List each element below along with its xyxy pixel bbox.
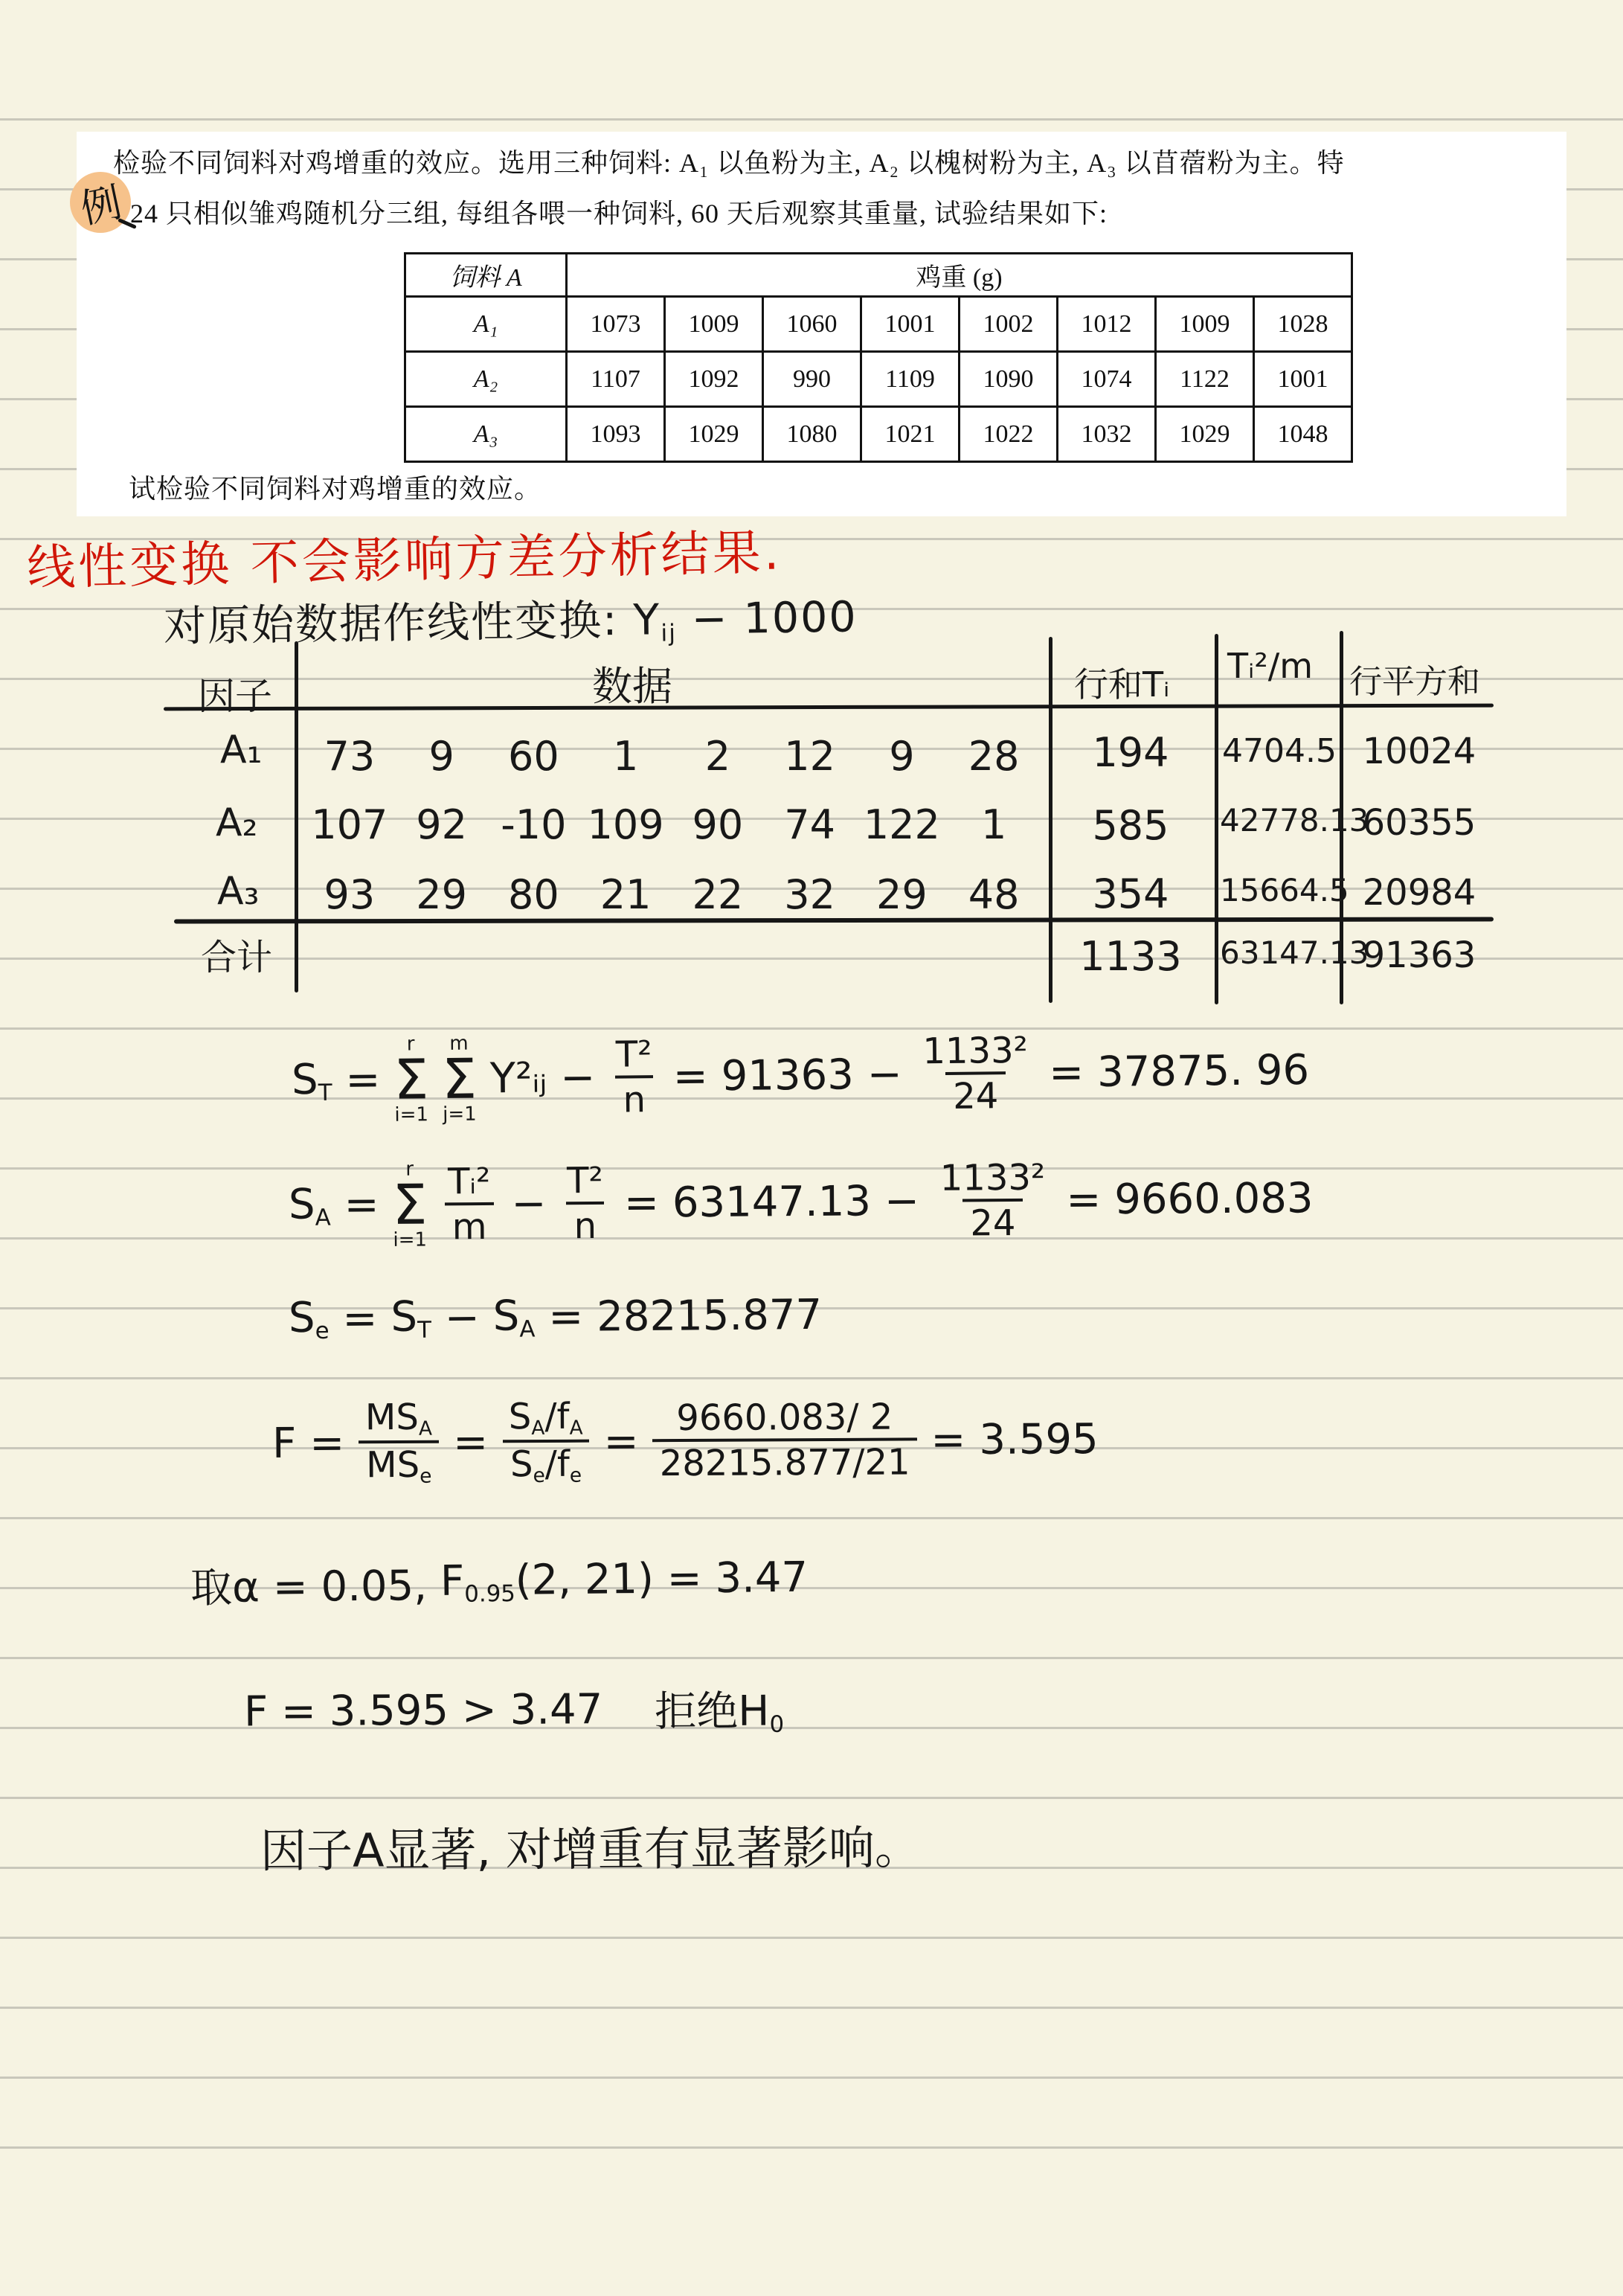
anova-header-data: 数据 — [592, 655, 672, 712]
sum-of-squares-value: 91363 — [721, 1051, 854, 1101]
anova-ti2m-a2: 42778.13 — [1220, 802, 1339, 838]
cell: 1009 — [1156, 297, 1254, 352]
anova-header-ti2m: Tᵢ²/m — [1227, 646, 1313, 686]
f-critical: F0.95(2, 21) = 3.47 — [440, 1553, 809, 1608]
cell: 1009 — [665, 297, 763, 352]
anova-data-row-a3: 93 29 80 21 22 32 29 48 — [303, 865, 1040, 924]
cell: 1092 — [665, 352, 763, 407]
anova-factor-a1: A₁ — [220, 728, 262, 772]
y-squared-term: Y²ᵢⱼ — [489, 1054, 547, 1103]
value: 90 — [672, 801, 764, 848]
value: 1 — [948, 801, 1040, 848]
transform-suffix: − 1000 — [691, 592, 858, 644]
value: 107 — [303, 801, 396, 848]
example-badge: 例 — [70, 172, 131, 233]
anova-rowsum-total: 1133 — [1056, 933, 1205, 980]
value: 1 — [579, 733, 672, 780]
st-symbol: ST — [391, 1292, 431, 1344]
table-header-row: 饲料 A 鸡重 (g) — [405, 254, 1352, 297]
value: 9 — [396, 733, 488, 780]
cell: 1029 — [665, 407, 763, 462]
se-symbol: Se — [289, 1294, 330, 1345]
cell: 1107 — [567, 352, 665, 407]
table-row-a2: A₂ 1107 1092 990 1109 1090 1074 1122 100… — [405, 352, 1352, 407]
sa-symbol: SA — [492, 1292, 535, 1343]
comparison: F = 3.595 > 3.47 — [244, 1685, 603, 1736]
equals: = — [672, 1053, 708, 1101]
anova-rowsq-a1: 10024 — [1343, 731, 1495, 772]
value: 122 — [856, 801, 948, 848]
anova-rowsq-a3: 20984 — [1343, 872, 1495, 914]
value: 29 — [856, 871, 948, 918]
anova-ti2m-a3: 15664.5 — [1220, 872, 1339, 908]
numeric-fraction: 9660.083/ 228215.877/21 — [652, 1396, 917, 1484]
value: 28 — [948, 733, 1040, 780]
anova-rowsum-a2: 585 — [1056, 802, 1205, 849]
t2-over-n: T²n — [559, 1160, 611, 1247]
anova-data-row-a1: 73 9 60 1 2 12 9 28 — [303, 726, 1040, 786]
cell: 1048 — [1254, 407, 1352, 462]
value: 22 — [672, 871, 764, 918]
se-result: 28215.877 — [597, 1290, 822, 1341]
anova-rowsum-a3: 354 — [1056, 870, 1205, 917]
value: 73 — [303, 733, 396, 780]
minus: − — [867, 1051, 902, 1099]
equals: = — [453, 1418, 488, 1466]
conclusion-line: 因子A显著, 对增重有显著影响。 — [260, 1811, 921, 1881]
sigma-j: mΣj=1 — [441, 1035, 477, 1124]
t2-over-24: 1133²24 — [933, 1157, 1053, 1244]
msa-over-mse: MSA MSe — [358, 1397, 440, 1489]
value: 2 — [672, 733, 764, 780]
anova-ti2m-total: 63147.13 — [1220, 934, 1339, 971]
minus: − — [511, 1180, 546, 1228]
ti2-over-m: Tᵢ²m — [440, 1161, 498, 1248]
cell: 1093 — [567, 407, 665, 462]
anova-vline-rowsum — [1049, 637, 1052, 1003]
anova-factor-a3: A₃ — [217, 869, 259, 914]
sa-result: 9660.083 — [1114, 1175, 1314, 1225]
value: 93 — [303, 871, 396, 918]
decision-line: F = 3.595 > 3.47 拒绝H0 — [244, 1678, 785, 1741]
value: 48 — [948, 871, 1040, 918]
minus: − — [560, 1054, 596, 1102]
table-corner-header: 饲料 A — [405, 254, 567, 297]
t2-over-24: 1133²24 — [915, 1030, 1036, 1117]
anova-header-factor: 因子 — [198, 667, 272, 720]
value: 9 — [856, 733, 948, 780]
transform-note: 对原始数据作线性变换: Yij − 1000 — [163, 583, 858, 653]
row-label: A₃ — [405, 407, 567, 462]
equals: = — [309, 1419, 344, 1467]
anova-vline-factor — [295, 641, 298, 993]
anova-header-rowsum: 行和Tᵢ — [1074, 658, 1169, 707]
f-result: 3.595 — [979, 1415, 1099, 1464]
cell: 1029 — [1156, 407, 1254, 462]
table-row-a1: A₁ 1073 1009 1060 1001 1002 1012 1009 10… — [405, 297, 1352, 352]
anova-header-rowsq: 行平方和 — [1349, 655, 1480, 702]
problem-statement-block: 检验不同饲料对鸡增重的效应。选用三种饲料: A₁ 以鱼粉为主, A₂ 以槐树粉为… — [77, 132, 1566, 516]
cell: 1028 — [1254, 297, 1352, 352]
y-subscript: ij — [661, 620, 677, 647]
anova-total-label: 合计 — [201, 929, 272, 980]
cell: 1122 — [1156, 352, 1254, 407]
formula-st: ST = rΣi=1 mΣj=1 Y²ᵢⱼ − T²n = 91363 − 11… — [291, 1026, 1309, 1126]
problem-closing-line: 试检验不同饲料对鸡增重的效应。 — [129, 468, 541, 506]
value: 60 — [488, 733, 580, 780]
sigma-i: rΣi=1 — [392, 1161, 428, 1250]
equals: = — [1066, 1176, 1101, 1225]
value: 80 — [488, 871, 580, 918]
row-label: A₂ — [405, 352, 567, 407]
cell: 1032 — [1058, 407, 1156, 462]
formula-f: F = MSA MSe = SA/fA Se/fe = 9660.083/ 22… — [272, 1394, 1099, 1489]
cell: 1012 — [1058, 297, 1156, 352]
anova-ti2m-a1: 4704.5 — [1220, 732, 1339, 770]
value: 21 — [579, 871, 672, 918]
anova-rowsq-total: 91363 — [1343, 934, 1495, 976]
anova-rowsum-a1: 194 — [1056, 729, 1205, 776]
cell: 1060 — [763, 297, 861, 352]
t2-over-n: T²n — [608, 1034, 661, 1121]
anova-factor-a2: A₂ — [216, 801, 257, 845]
table-row-a3: A₃ 1093 1029 1080 1021 1022 1032 1029 10… — [405, 407, 1352, 462]
value: -10 — [488, 801, 580, 848]
equals: = — [345, 1056, 381, 1104]
sigma-i: rΣi=1 — [393, 1035, 429, 1124]
cell: 1109 — [861, 352, 960, 407]
anova-data-row-a2: 107 92 -10 109 90 74 122 1 — [303, 795, 1040, 854]
cell: 1073 — [567, 297, 665, 352]
anova-rowsq-a2: 60355 — [1343, 802, 1495, 844]
y-symbol: Y — [633, 595, 661, 645]
value: 32 — [764, 871, 856, 918]
cell: 1022 — [960, 407, 1058, 462]
value: 29 — [396, 871, 488, 918]
equals: = — [342, 1295, 377, 1343]
value: 92 — [396, 801, 488, 848]
st-result: 37875. 96 — [1097, 1046, 1310, 1097]
equals: = — [624, 1179, 659, 1228]
table-data-header: 鸡重 (g) — [567, 254, 1352, 297]
example-badge-label: 例 — [75, 170, 126, 235]
alpha-line: 取α = 0.05, F0.95(2, 21) = 3.47 — [190, 1549, 809, 1615]
cell: 1002 — [960, 297, 1058, 352]
feed-weight-table: 饲料 A 鸡重 (g) A₁ 1073 1009 1060 1001 1002 … — [404, 252, 1353, 463]
problem-line-2: 选 24 只相似雏鸡随机分三组, 每组各喂一种饲料, 60 天后观察其重量, 试… — [95, 193, 1108, 231]
equals: = — [931, 1416, 965, 1464]
cell: 1001 — [1254, 352, 1352, 407]
notebook-page: 检验不同饲料对鸡增重的效应。选用三种饲料: A₁ 以鱼粉为主, A₂ 以槐树粉为… — [0, 0, 1623, 2296]
transform-prefix: 对原始数据作线性变换: — [164, 596, 619, 652]
equals: = — [548, 1292, 583, 1341]
formula-sa: SA = rΣi=1 Tᵢ²m − T²n = 63147.13 − 1133²… — [289, 1154, 1314, 1250]
st-symbol: ST — [292, 1055, 332, 1106]
alpha-choice: 取α = 0.05, — [190, 1553, 428, 1614]
cell: 990 — [763, 352, 861, 407]
f-symbol: F — [272, 1420, 297, 1468]
cell: 1080 — [763, 407, 861, 462]
sa-symbol: SA — [289, 1180, 331, 1231]
minus: − — [445, 1293, 480, 1341]
formula-se: Se = ST − SA = 28215.877 — [289, 1289, 823, 1344]
cell: 1090 — [960, 352, 1058, 407]
minus: − — [884, 1177, 919, 1225]
cell: 1021 — [861, 407, 960, 462]
safa-over-sefe: SA/fA Se/fe — [501, 1396, 591, 1488]
equals: = — [344, 1181, 379, 1229]
cell: 1074 — [1058, 352, 1156, 407]
problem-line-1: 检验不同饲料对鸡增重的效应。选用三种饲料: A₁ 以鱼粉为主, A₂ 以槐树粉为… — [113, 142, 1345, 180]
value: 74 — [764, 801, 856, 848]
reject-h0: 拒绝H0 — [655, 1678, 784, 1738]
row-label: A₁ — [405, 297, 567, 352]
equals: = — [604, 1417, 639, 1466]
value: 12 — [764, 733, 856, 780]
value: 109 — [579, 801, 672, 848]
anova-vline-ti2m — [1215, 634, 1218, 1004]
ti2m-total-value: 63147.13 — [672, 1178, 872, 1228]
equals: = — [1049, 1048, 1084, 1097]
cell: 1001 — [861, 297, 960, 352]
